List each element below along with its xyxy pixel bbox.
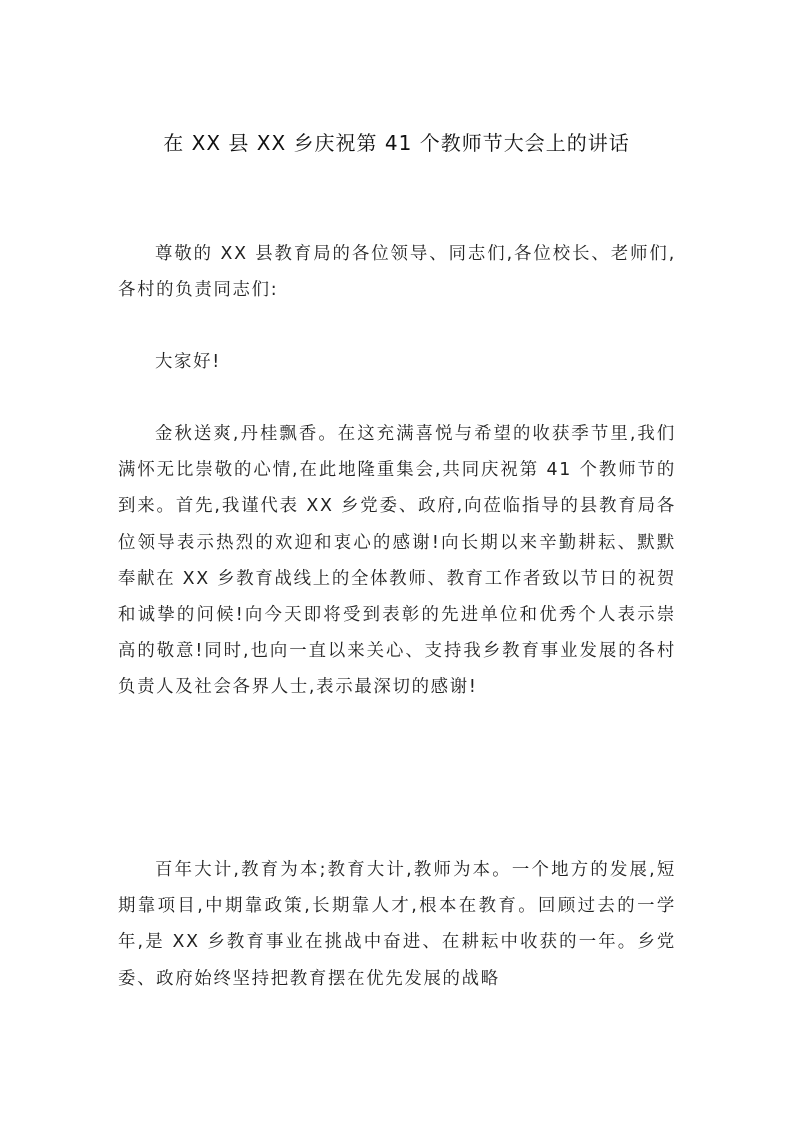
- body-paragraph: 百年大计,教育为本;教育大计,教师为本。一个地方的发展,短期靠项目,中期靠政策,…: [118, 852, 676, 997]
- document-title: 在 XX 县 XX 乡庆祝第 41 个教师节大会上的讲话: [0, 128, 793, 158]
- greeting-paragraph: 大家好!: [118, 344, 676, 380]
- salutation-paragraph: 尊敬的 XX 县教育局的各位领导、同志们,各位校长、老师们,各村的负责同志们:: [118, 236, 676, 308]
- body-paragraph: 金秋送爽,丹桂飘香。在这充满喜悦与希望的收获季节里,我们满怀无比崇敬的心情,在此…: [118, 416, 676, 706]
